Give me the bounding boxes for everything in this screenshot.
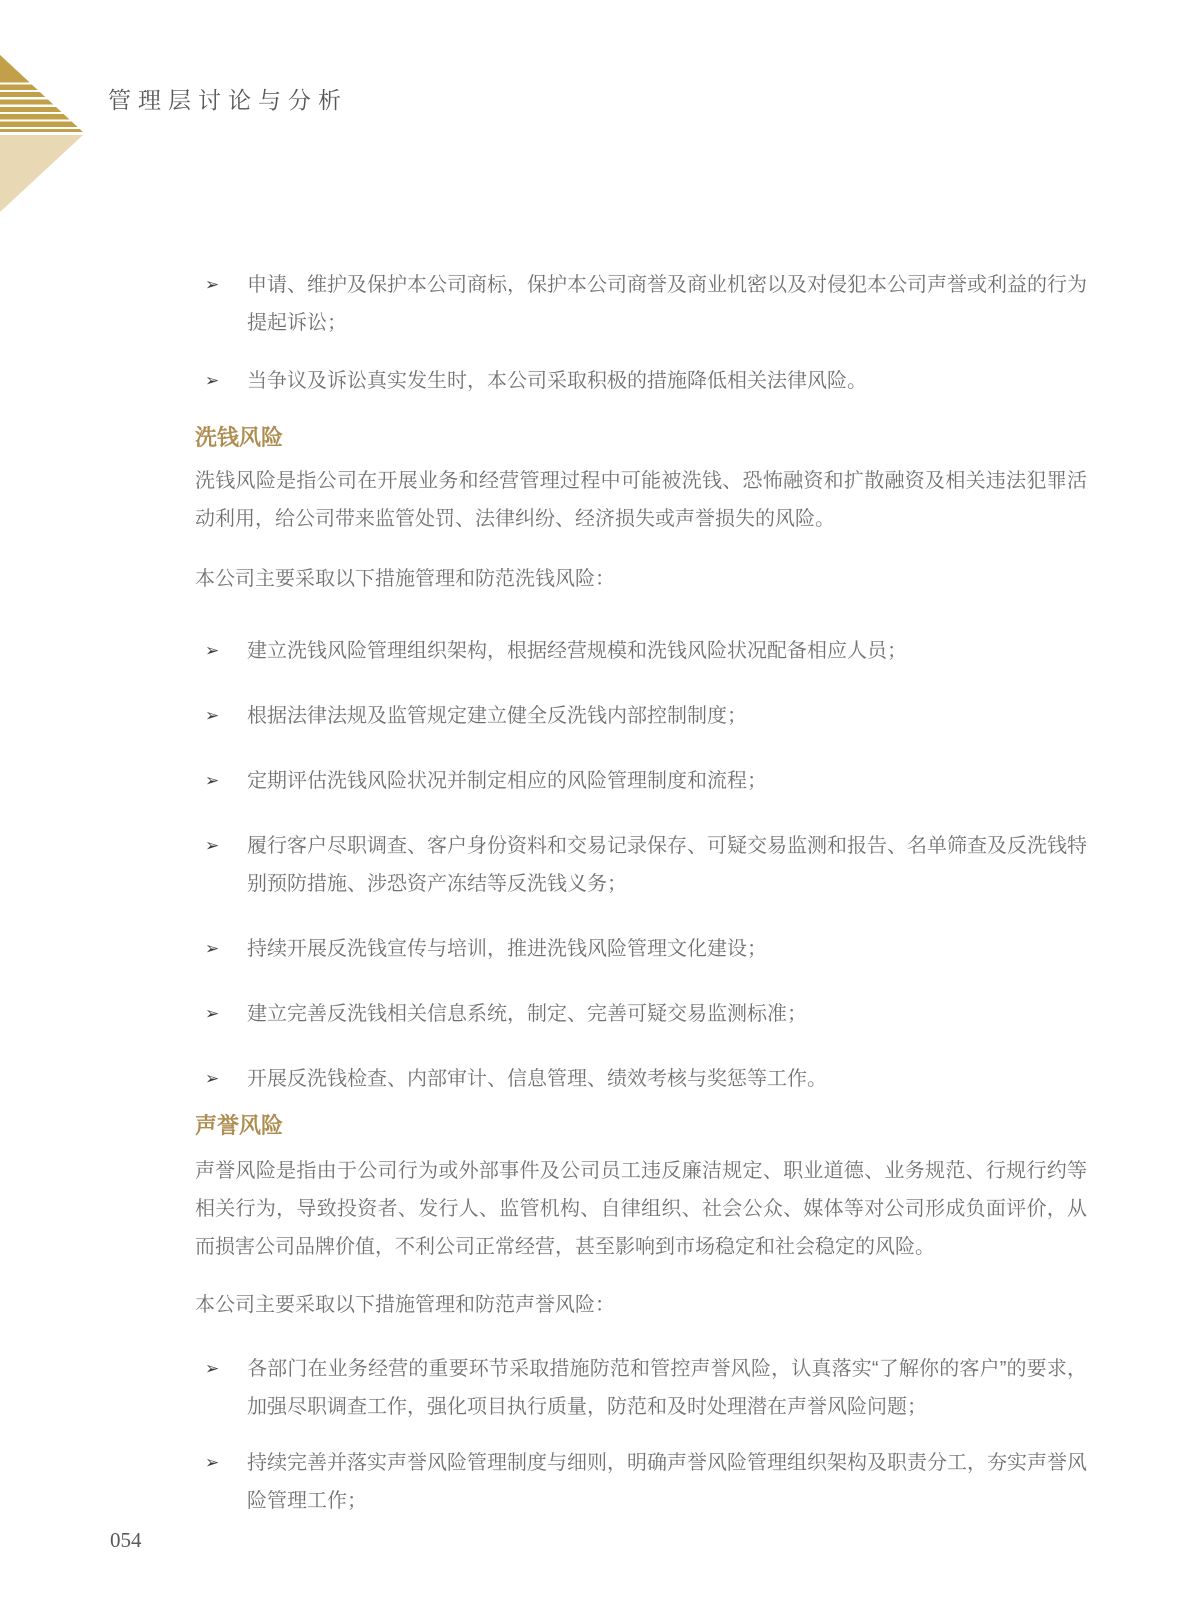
bullet-item: ➢ 履行客户尽职调查、客户身份资料和交易记录保存、可疑交易监测和报告、名单筛查及… xyxy=(195,827,1087,903)
triangle-striped-top xyxy=(0,55,83,132)
bullet-text: 定期评估洗钱风险状况并制定相应的风险管理制度和流程； xyxy=(247,762,1087,800)
paragraph-money-laundering-definition: 洗钱风险是指公司在开展业务和经营管理过程中可能被洗钱、恐怖融资和扩散融资及相关违… xyxy=(195,462,1087,538)
arrowhead-bullet-icon: ➢ xyxy=(195,266,247,304)
arrowhead-bullet-icon: ➢ xyxy=(195,1350,247,1388)
section-heading-reputation-risk: 声誉风险 xyxy=(195,1112,1087,1140)
bullet-item: ➢ 定期评估洗钱风险状况并制定相应的风险管理制度和流程； xyxy=(195,762,1087,800)
content-column: ➢ 申请、维护及保护本公司商标，保护本公司商誉及商业机密以及对侵犯本公司声誉或利… xyxy=(195,0,1087,1520)
arrowhead-bullet-icon: ➢ xyxy=(195,632,247,670)
bullet-text: 根据法律法规及监管规定建立健全反洗钱内部控制制度； xyxy=(247,697,1087,735)
arrowhead-bullet-icon: ➢ xyxy=(195,995,247,1033)
bullet-text: 持续完善并落实声誉风险管理制度与细则，明确声誉风险管理组织架构及职责分工，夯实声… xyxy=(247,1444,1087,1520)
bullet-item: ➢ 持续完善并落实声誉风险管理制度与细则，明确声誉风险管理组织架构及职责分工，夯… xyxy=(195,1444,1087,1520)
bullet-item: ➢ 建立洗钱风险管理组织架构，根据经营规模和洗钱风险状况配备相应人员； xyxy=(195,632,1087,670)
page-number: 054 xyxy=(110,1528,142,1553)
bullet-text: 建立完善反洗钱相关信息系统，制定、完善可疑交易监测标准； xyxy=(247,995,1087,1033)
triangle-light-bottom xyxy=(0,135,83,212)
bullet-item: ➢ 建立完善反洗钱相关信息系统，制定、完善可疑交易监测标准； xyxy=(195,995,1087,1033)
arrowhead-bullet-icon: ➢ xyxy=(195,762,247,800)
bullet-text: 开展反洗钱检查、内部审计、信息管理、绩效考核与奖惩等工作。 xyxy=(247,1060,1087,1098)
arrowhead-bullet-icon: ➢ xyxy=(195,827,247,865)
arrowhead-bullet-icon: ➢ xyxy=(195,930,247,968)
bullet-text: 履行客户尽职调查、客户身份资料和交易记录保存、可疑交易监测和报告、名单筛查及反洗… xyxy=(247,827,1087,903)
bullet-item: ➢ 开展反洗钱检查、内部审计、信息管理、绩效考核与奖惩等工作。 xyxy=(195,1060,1087,1098)
bullet-item: ➢ 根据法律法规及监管规定建立健全反洗钱内部控制制度； xyxy=(195,697,1087,735)
arrowhead-bullet-icon: ➢ xyxy=(195,1444,247,1482)
bullet-text: 持续开展反洗钱宣传与培训，推进洗钱风险管理文化建设； xyxy=(247,930,1087,968)
bullet-item: ➢ 各部门在业务经营的重要环节采取措施防范和管控声誉风险，认真落实“了解你的客户… xyxy=(195,1350,1087,1426)
corner-triangle-decoration xyxy=(0,55,83,212)
bullet-text: 建立洗钱风险管理组织架构，根据经营规模和洗钱风险状况配备相应人员； xyxy=(247,632,1087,670)
arrowhead-bullet-icon: ➢ xyxy=(195,697,247,735)
arrowhead-bullet-icon: ➢ xyxy=(195,362,247,400)
section-heading-money-laundering-risk: 洗钱风险 xyxy=(195,424,1087,452)
paragraph-money-laundering-measures-lead: 本公司主要采取以下措施管理和防范洗钱风险： xyxy=(195,560,1087,598)
bullet-item: ➢ 当争议及诉讼真实发生时，本公司采取积极的措施降低相关法律风险。 xyxy=(195,362,1087,400)
bullet-item: ➢ 申请、维护及保护本公司商标，保护本公司商誉及商业机密以及对侵犯本公司声誉或利… xyxy=(195,266,1087,342)
paragraph-reputation-definition: 声誉风险是指由于公司行为或外部事件及公司员工违反廉洁规定、职业道德、业务规范、行… xyxy=(195,1152,1087,1266)
bullet-text: 各部门在业务经营的重要环节采取措施防范和管控声誉风险，认真落实“了解你的客户”的… xyxy=(247,1350,1087,1426)
bullet-text: 申请、维护及保护本公司商标，保护本公司商誉及商业机密以及对侵犯本公司声誉或利益的… xyxy=(247,266,1087,342)
paragraph-reputation-measures-lead: 本公司主要采取以下措施管理和防范声誉风险： xyxy=(195,1286,1087,1324)
bullet-text: 当争议及诉讼真实发生时，本公司采取积极的措施降低相关法律风险。 xyxy=(247,362,1087,400)
arrowhead-bullet-icon: ➢ xyxy=(195,1060,247,1098)
bullet-item: ➢ 持续开展反洗钱宣传与培训，推进洗钱风险管理文化建设； xyxy=(195,930,1087,968)
